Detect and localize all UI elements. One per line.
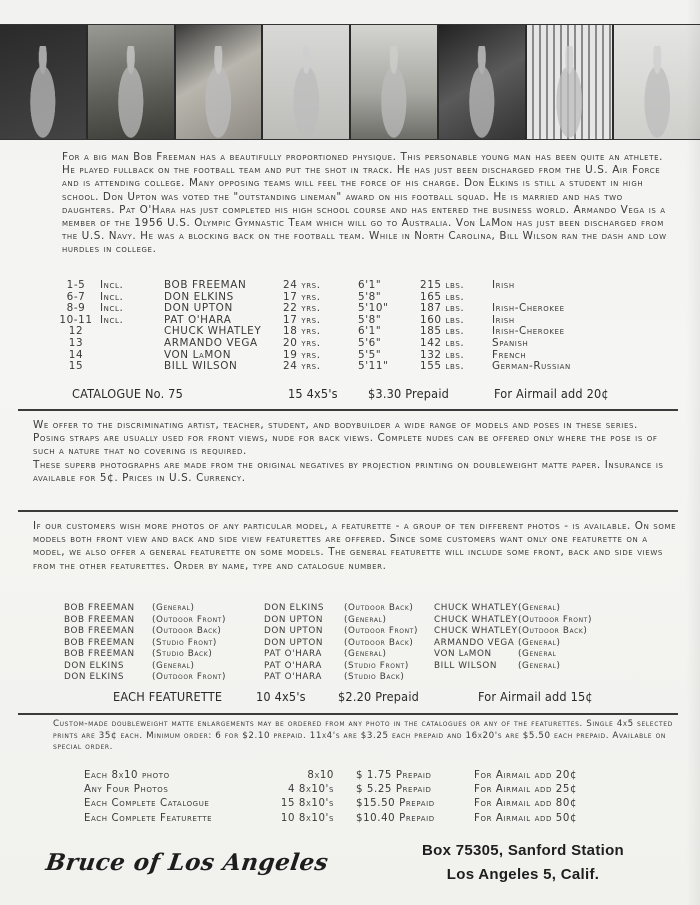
model-catalogue: 13 [52,338,100,350]
catalogue-summary: CATALOGUE No. 75 15 4x5's $3.30 Prepaid … [72,386,672,401]
featurette-label: EACH FEATURETTE [113,689,256,704]
offer-text-2: These superb photographs are made from t… [33,459,673,485]
featurette-model-name: BOB FREEMAN [64,649,152,661]
featurette-count: 10 4x5's [256,689,338,704]
figure-silhouette [23,46,62,139]
featurette-type: (Outdoor Front) [152,615,226,627]
list-item: DON UPTON(General) [264,615,434,627]
price-price: $15.50 Prepaid [356,797,474,811]
model-age: 24 yrs. [283,280,358,292]
featurette-column: CHUCK WHATLEY(General)CHUCK WHATLEY(Outd… [434,603,634,684]
price-qty: 10 8x10's [262,812,356,826]
mailing-address: Box 75305, Sanford Station Los Angeles 5… [378,839,668,887]
model-incl: Incl. [100,280,164,292]
model-incl [100,350,164,362]
featurette-column: DON ELKINS(Outdoor Back)DON UPTON(Genera… [264,603,434,684]
model-photo [527,25,615,139]
catalogue-airmail: For Airmail add 20¢ [494,386,609,401]
featurette-column: BOB FREEMAN(General)BOB FREEMAN(Outdoor … [64,603,264,684]
featurette-type: (General) [518,638,561,650]
list-item: PAT O'HARA(General) [264,649,434,661]
model-catalogue: 15 [52,361,100,373]
figure-silhouette [286,46,325,139]
featurette-type: (Outdoor Back) [152,626,221,638]
list-item: CHUCK WHATLEY(General) [434,603,634,615]
table-row: 13ARMANDO VEGA20 yrs.5'6"142 lbs.Spanish [52,338,672,350]
model-nationality: Irish [492,280,662,292]
list-item: BOB FREEMAN(Studio Front) [64,638,264,650]
photo-strip [0,24,700,140]
model-incl [100,361,164,373]
featurette-price: $2.20 Prepaid [338,689,478,704]
featurette-model-name: CHUCK WHATLEY [434,626,518,638]
featurette-type: (General) [152,603,195,615]
offer-paragraph: We offer to the discriminating artist, t… [33,419,673,485]
model-height: 6'1" [358,280,420,292]
price-qty: 15 8x10's [262,797,356,811]
featurette-intro-paragraph: If our customers wish more photos of any… [33,520,683,573]
section-divider [18,510,678,512]
list-item: BILL WILSON(General) [434,661,634,673]
featurette-model-name: VON LaMON [434,649,518,661]
price-airmail: For Airmail add 80¢ [474,797,634,811]
model-catalogue: 1-5 [52,280,100,292]
featurette-type: (General) [518,661,561,673]
model-photo [439,25,527,139]
section-divider [18,713,678,715]
price-price: $10.40 Prepaid [356,812,474,826]
featurette-model-name: BOB FREEMAN [64,638,152,650]
featurette-summary: EACH FEATURETTE 10 4x5's $2.20 Prepaid F… [113,689,700,704]
featurette-type: (Outdoor Back) [344,638,413,650]
list-item: PAT O'HARA(Studio Back) [264,672,434,684]
model-name: BILL WILSON [164,361,283,373]
price-qty: 8x10 [262,769,356,783]
model-weight: 215 lbs. [420,280,492,292]
featurette-model-name: DON ELKINS [64,661,152,673]
featurette-model-name: DON UPTON [264,626,344,638]
featurette-model-name: PAT O'HARA [264,672,344,684]
figure-silhouette [111,46,150,139]
list-item: BOB FREEMAN(Outdoor Front) [64,615,264,627]
featurette-model-name: BILL WILSON [434,661,518,673]
table-row: 1-5Incl.BOB FREEMAN24 yrs.6'1"215 lbs.Ir… [52,280,672,292]
price-airmail: For Airmail add 20¢ [474,769,634,783]
featurette-type: (Studio Front) [152,638,217,650]
featurette-type: (General) [344,615,387,627]
figure-silhouette [199,46,238,139]
featurette-type: (Outdoor Front) [152,672,226,684]
price-row: Each 8x10 photo8x10$ 1.75 PrepaidFor Air… [84,769,684,783]
brand-logo: Bruce of Los Angeles [44,849,330,876]
featurette-type: (General [518,649,557,661]
model-photo [263,25,351,139]
model-name: BOB FREEMAN [164,280,283,292]
price-qty: 4 8x10's [262,783,356,797]
catalogue-count: 15 4x5's [288,386,368,401]
featurette-airmail: For Airmail add 15¢ [478,689,593,704]
model-table: 1-5Incl.BOB FREEMAN24 yrs.6'1"215 lbs.Ir… [52,280,672,373]
model-nationality: Spanish [492,338,662,350]
featurette-model-name: BOB FREEMAN [64,615,152,627]
price-row: Any Four Photos4 8x10's$ 5.25 PrepaidFor… [84,783,684,797]
model-height: 5'6" [358,338,420,350]
price-airmail: For Airmail add 25¢ [474,783,634,797]
featurette-model-name: DON ELKINS [64,672,152,684]
list-item: DON ELKINS(Outdoor Front) [64,672,264,684]
price-price: $ 1.75 Prepaid [356,769,474,783]
list-item: CHUCK WHATLEY(Outdoor Front) [434,615,634,627]
model-nationality: German-Russian [492,361,662,373]
featurette-model-name: CHUCK WHATLEY [434,603,518,615]
figure-silhouette [637,46,676,139]
list-item: DON UPTON(Outdoor Front) [264,626,434,638]
featurette-type: (Outdoor Front) [518,615,592,627]
featurette-model-name: BOB FREEMAN [64,626,152,638]
address-line-1: Box 75305, Sanford Station [378,839,668,863]
figure-silhouette [462,46,501,139]
model-photo [88,25,176,139]
featurette-model-name: BOB FREEMAN [64,603,152,615]
featurette-model-name: DON ELKINS [264,603,344,615]
price-row: Each Complete Featurette10 8x10's$10.40 … [84,812,684,826]
featurette-list: BOB FREEMAN(General)BOB FREEMAN(Outdoor … [64,603,700,684]
paper-edge-shadow [686,0,700,905]
model-age: 24 yrs. [283,361,358,373]
offer-text: We offer to the discriminating artist, t… [33,419,673,459]
list-item: BOB FREEMAN(General) [64,603,264,615]
featurette-type: (Outdoor Back) [344,603,413,615]
catalogue-price: $3.30 Prepaid [368,386,494,401]
list-item: BOB FREEMAN(Studio Back) [64,649,264,661]
catalogue-label: CATALOGUE No. 75 [72,386,288,401]
model-incl: Incl. [100,315,164,327]
custom-enlargements-paragraph: Custom-made doubleweight matte enlargeme… [53,719,673,754]
price-item: Each Complete Featurette [84,812,262,826]
model-age: 20 yrs. [283,338,358,350]
model-bios-paragraph: For a big man Bob Freeman has a beautifu… [62,151,667,257]
featurette-model-name: ARMANDO VEGA [434,638,518,650]
price-list: Each 8x10 photo8x10$ 1.75 PrepaidFor Air… [84,769,684,826]
featurette-type: (Outdoor Front) [344,626,418,638]
featurette-type: (General) [344,649,387,661]
featurette-model-name: PAT O'HARA [264,661,344,673]
price-item: Each Complete Catalogue [84,797,262,811]
list-item: DON ELKINS(Outdoor Back) [264,603,434,615]
list-item: BOB FREEMAN(Outdoor Back) [64,626,264,638]
model-photo [176,25,264,139]
figure-silhouette [374,46,413,139]
figure-silhouette [550,46,589,139]
model-incl [100,326,164,338]
price-item: Each 8x10 photo [84,769,262,783]
featurette-model-name: DON UPTON [264,638,344,650]
featurette-type: (General) [152,661,195,673]
featurette-type: (Studio Front) [344,661,409,673]
featurette-model-name: DON UPTON [264,615,344,627]
section-divider [18,409,678,411]
price-airmail: For Airmail add 50¢ [474,812,634,826]
featurette-model-name: PAT O'HARA [264,649,344,661]
list-item: CHUCK WHATLEY(Outdoor Back) [434,626,634,638]
featurette-type: (Studio Back) [152,649,212,661]
list-item: ARMANDO VEGA(General) [434,638,634,650]
featurette-type: (General) [518,603,561,615]
price-row: Each Complete Catalogue15 8x10's$15.50 P… [84,797,684,811]
model-incl [100,338,164,350]
list-item: DON UPTON(Outdoor Back) [264,638,434,650]
model-photo [0,25,88,139]
list-item: PAT O'HARA(Studio Front) [264,661,434,673]
price-item: Any Four Photos [84,783,262,797]
featurette-type: (Studio Back) [344,672,404,684]
address-line-2: Los Angeles 5, Calif. [378,863,668,887]
model-height: 5'11" [358,361,420,373]
featurette-type: (Outdoor Back) [518,626,587,638]
list-item: DON ELKINS(General) [64,661,264,673]
model-weight: 155 lbs. [420,361,492,373]
model-name: ARMANDO VEGA [164,338,283,350]
model-weight: 142 lbs. [420,338,492,350]
price-price: $ 5.25 Prepaid [356,783,474,797]
model-nationality: Irish-Cherokee [492,303,662,315]
table-row: 15BILL WILSON24 yrs.5'11"155 lbs.German-… [52,361,672,373]
featurette-model-name: CHUCK WHATLEY [434,615,518,627]
list-item: VON LaMON(General [434,649,634,661]
model-photo [351,25,439,139]
